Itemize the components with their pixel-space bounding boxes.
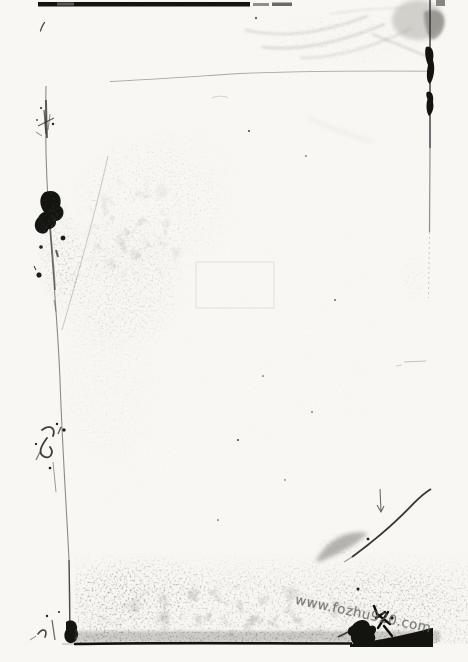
stain-dot: [237, 439, 239, 441]
stain-dot: [46, 615, 48, 617]
stain-dot: [52, 123, 54, 125]
center-smudge-cloud: [46, 118, 460, 555]
edge-line: [253, 3, 269, 6]
stain-dot: [40, 107, 42, 109]
stain-dot: [35, 443, 37, 445]
speckle-patch: [90, 552, 210, 628]
stain-dot: [217, 519, 219, 521]
stain-dot: [311, 411, 313, 413]
stain-dot: [284, 479, 285, 480]
stain-dot: [334, 299, 336, 301]
stain-dot: [262, 375, 264, 377]
edge-line: [272, 3, 292, 7]
speckle-patch: [260, 8, 430, 68]
stain-dot: [367, 538, 370, 541]
edge-line: [74, 643, 352, 644]
edge-line-gap: [57, 3, 74, 6]
stain-dot: [49, 467, 52, 470]
page-artwork: [0, 0, 468, 662]
scanned-page: www.fozhu920.com: [0, 0, 468, 662]
stain-dot: [255, 17, 257, 19]
edge-line: [436, 0, 445, 6]
stain-dot: [36, 119, 38, 121]
stain-dot: [305, 155, 307, 157]
stain-dot: [58, 611, 60, 613]
speckle-patch: [140, 120, 460, 540]
stain-dot: [248, 130, 250, 132]
